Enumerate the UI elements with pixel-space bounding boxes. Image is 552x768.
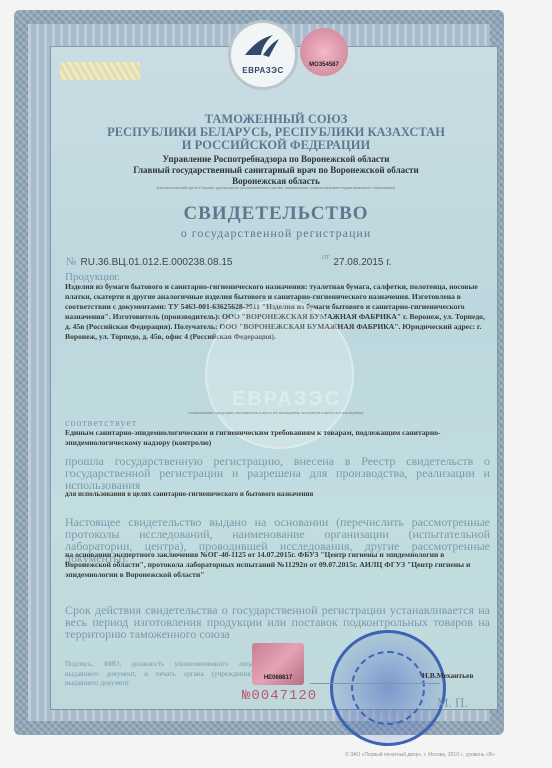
emblem-bird-icon	[243, 33, 281, 59]
form-number: №0047120	[242, 688, 317, 704]
hologram-serial-top: МО354587	[309, 62, 339, 68]
signature-line	[310, 683, 440, 684]
validity-text: Срок действия свидетельства о государств…	[65, 604, 490, 640]
emblem-label: ЕВРАЗЭС	[242, 66, 284, 75]
certificate-number: RU.36.ВЦ.01.012.Е.000238.08.15	[81, 257, 233, 268]
certificate-title: СВИДЕТЕЛЬСТВО	[0, 203, 552, 225]
stamp-place: М. П.	[437, 695, 468, 711]
hologram-seal-top: МО354587	[300, 28, 348, 76]
hologram-serial: НЕ068617	[264, 675, 292, 681]
registration-text: прошла государственную регистрацию, внес…	[65, 455, 490, 491]
hologram-strip	[60, 62, 140, 80]
certificate-date-row: от 27.08.2015 г.	[322, 252, 391, 270]
authority-caption: (уполномоченный орган Стороны; руководит…	[0, 185, 552, 190]
basis-text: на основании экспертного заключения №ОГ-…	[65, 550, 490, 580]
watermark-label: ЕВРАЗЭС	[232, 388, 341, 411]
signature-label: Подпись, ФИО, должность уполномоченного …	[65, 660, 255, 689]
authority-line2: Главный государственный санитарный врач …	[0, 165, 552, 176]
date-label: от	[322, 252, 329, 261]
printer-footer: © ЗАО «Первый печатный двор», г. Москва,…	[345, 752, 495, 758]
official-stamp	[330, 630, 446, 746]
signatory-name: Н.В.Механтьев	[422, 671, 474, 680]
usage-text: для использования в целях санитарно-гиги…	[65, 489, 490, 499]
compliance-text: Единым санитарно-эпидемиологическим и ги…	[65, 428, 490, 448]
eurasec-emblem: ЕВРАЗЭС	[228, 20, 298, 90]
union-title-line3: И РОССИЙСКОЙ ФЕДЕРАЦИИ	[0, 139, 552, 152]
certificate-date: 27.08.2015 г.	[333, 257, 391, 268]
certificate-subtitle: о государственной регистрации	[0, 226, 552, 241]
certificate-number-row: № RU.36.ВЦ.01.012.Е.000238.08.15	[66, 252, 232, 270]
hologram-sticker: НЕ068617	[252, 643, 304, 685]
authority-line1: Управление Роспотребнадзора по Воронежск…	[0, 154, 552, 165]
product-caption: (наименование продукции, изготовитель и …	[0, 410, 552, 415]
number-label: №	[66, 256, 77, 268]
stamp-emblem	[351, 651, 425, 725]
